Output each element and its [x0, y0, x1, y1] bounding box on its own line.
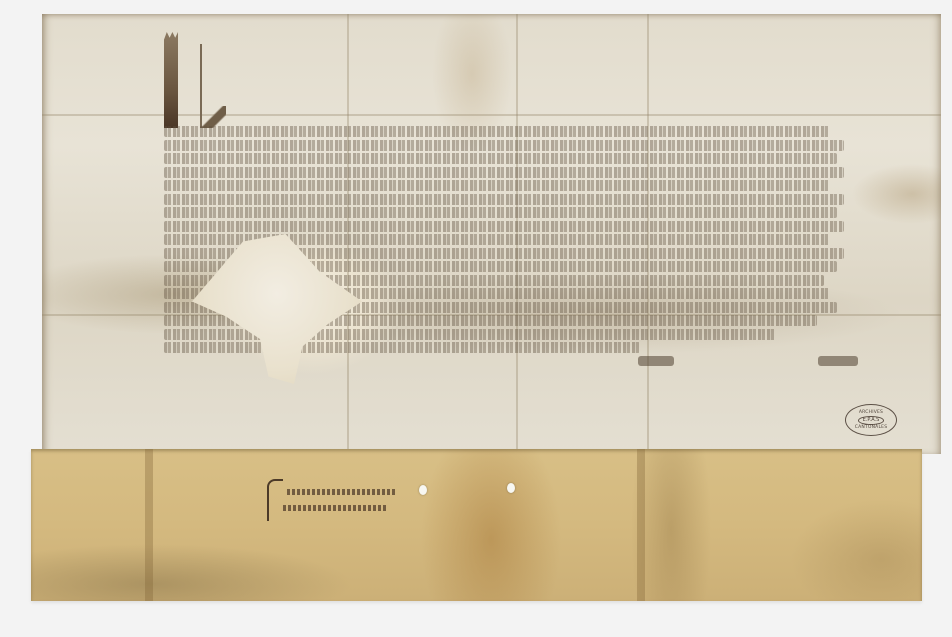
parchment-sheet: ARCHIVES E.P.A.S CANTONALES	[42, 14, 941, 454]
stamp-middle-text: E.P.A.S	[858, 416, 885, 425]
initial-letter	[200, 44, 230, 128]
closing-word-anno	[638, 356, 674, 366]
folded-flap	[31, 449, 922, 601]
crease	[145, 449, 153, 601]
crease	[637, 449, 645, 601]
seal-hole	[507, 483, 515, 493]
closing-word-nono	[818, 356, 858, 366]
stamp-top-text: ARCHIVES	[859, 410, 883, 416]
registration-note	[267, 475, 417, 525]
archive-stamp: ARCHIVES E.P.A.S CANTONALES	[845, 404, 897, 436]
illuminated-initial	[164, 32, 178, 128]
seal-hole	[419, 485, 427, 495]
stamp-bottom-text: CANTONALES	[855, 425, 888, 431]
